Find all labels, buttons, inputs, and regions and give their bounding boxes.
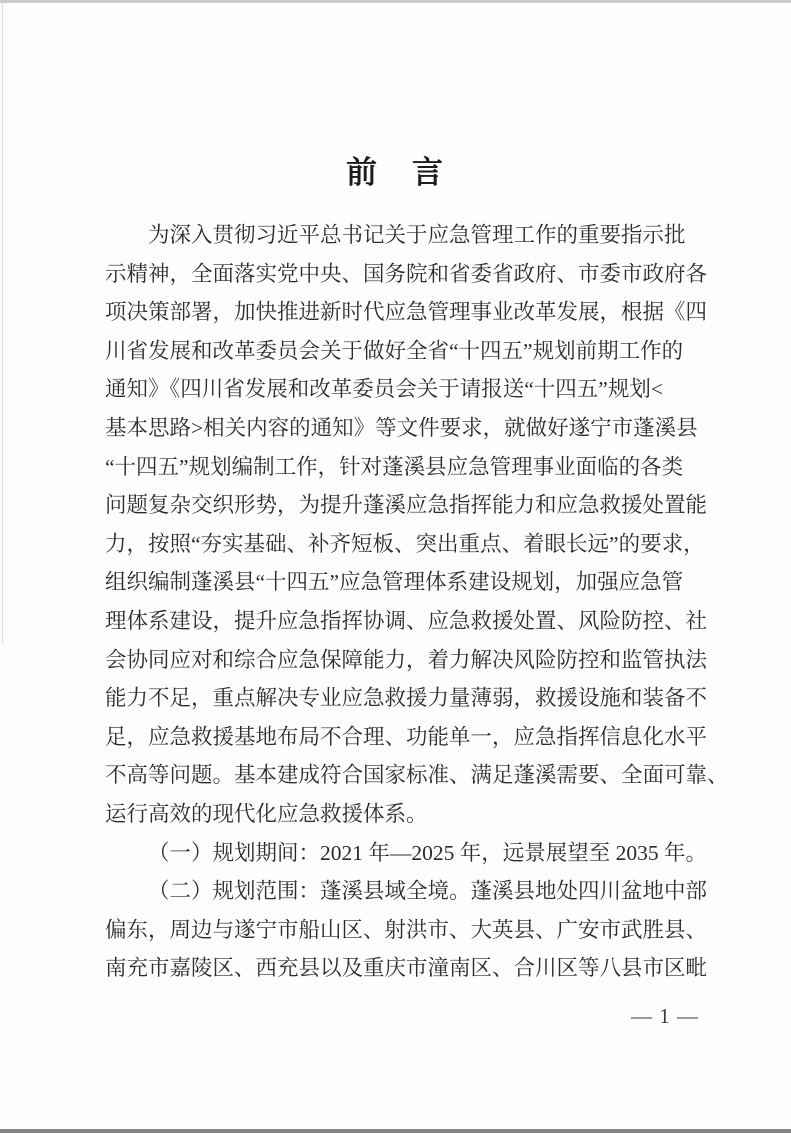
text-line: 能力不足，重点解决专业应急救援力量薄弱，救援设施和装备不 xyxy=(105,679,703,718)
scan-bottom-edge xyxy=(0,1129,791,1133)
text-line: 运行高效的现代化应急救援体系。 xyxy=(105,795,703,834)
text-line: 力，按照“夯实基础、补齐短板、突出重点、着眼长远”的要求， xyxy=(105,525,703,564)
scanned-page: 前 言 为深入贯彻习近平总书记关于应急管理工作的重要指示批示精神，全面落实党中央… xyxy=(0,0,791,1133)
text-line: 足，应急救援基地布局不合理、功能单一，应急指挥信息化水平 xyxy=(105,718,703,757)
text-line: 问题复杂交织形势，为提升蓬溪应急指挥能力和应急救援处置能 xyxy=(105,486,703,525)
text-line: 组织编制蓬溪县“十四五”应急管理体系建设规划，加强应急管 xyxy=(105,563,703,602)
text-line: 示精神，全面落实党中央、国务院和省委省政府、市委市政府各 xyxy=(105,255,703,294)
text-line: 偏东，周边与遂宁市船山区、射洪市、大英县、广安市武胜县、 xyxy=(105,911,703,950)
text-line: 会协同应对和综合应急保障能力，着力解决风险防控和监管执法 xyxy=(105,641,703,680)
text-line: 项决策部署，加快推进新时代应急管理事业改革发展，根据《四 xyxy=(105,293,703,332)
paragraph: 为深入贯彻习近平总书记关于应急管理工作的重要指示批示精神，全面落实党中央、国务院… xyxy=(105,216,703,834)
text-line: （二）规划范围：蓬溪县域全境。蓬溪县地处四川盆地中部 xyxy=(105,872,703,911)
text-line: 基本思路>相关内容的通知》等文件要求，就做好遂宁市蓬溪县 xyxy=(105,409,703,448)
text-line: 理体系建设，提升应急指挥协调、应急救援处置、风险防控、社 xyxy=(105,602,703,641)
text-line: 南充市嘉陵区、西充县以及重庆市潼南区、合川区等八县市区毗 xyxy=(105,949,703,988)
text-line: 为深入贯彻习近平总书记关于应急管理工作的重要指示批 xyxy=(105,216,703,255)
scan-left-edge xyxy=(2,3,3,643)
text-line: 川省发展和改革委员会关于做好全省“十四五”规划前期工作的 xyxy=(105,332,703,371)
document-title: 前 言 xyxy=(0,0,791,192)
paragraph: （一）规划期间：2021 年—2025 年，远景展望至 2035 年。 xyxy=(105,834,703,873)
text-line: “十四五”规划编制工作，针对蓬溪县应急管理事业面临的各类 xyxy=(105,448,703,487)
paragraph: （二）规划范围：蓬溪县域全境。蓬溪县地处四川盆地中部偏东，周边与遂宁市船山区、射… xyxy=(105,872,703,988)
text-line: 不高等问题。基本建成符合国家标准、满足蓬溪需要、全面可靠、 xyxy=(105,756,703,795)
text-line: 通知》《四川省发展和改革委员会关于请报送“十四五”规划< xyxy=(105,370,703,409)
page-number: — 1 — xyxy=(631,1004,699,1029)
scan-top-edge xyxy=(0,0,791,3)
text-line: （一）规划期间：2021 年—2025 年，远景展望至 2035 年。 xyxy=(105,834,703,873)
preface-body: 为深入贯彻习近平总书记关于应急管理工作的重要指示批示精神，全面落实党中央、国务院… xyxy=(105,216,703,988)
